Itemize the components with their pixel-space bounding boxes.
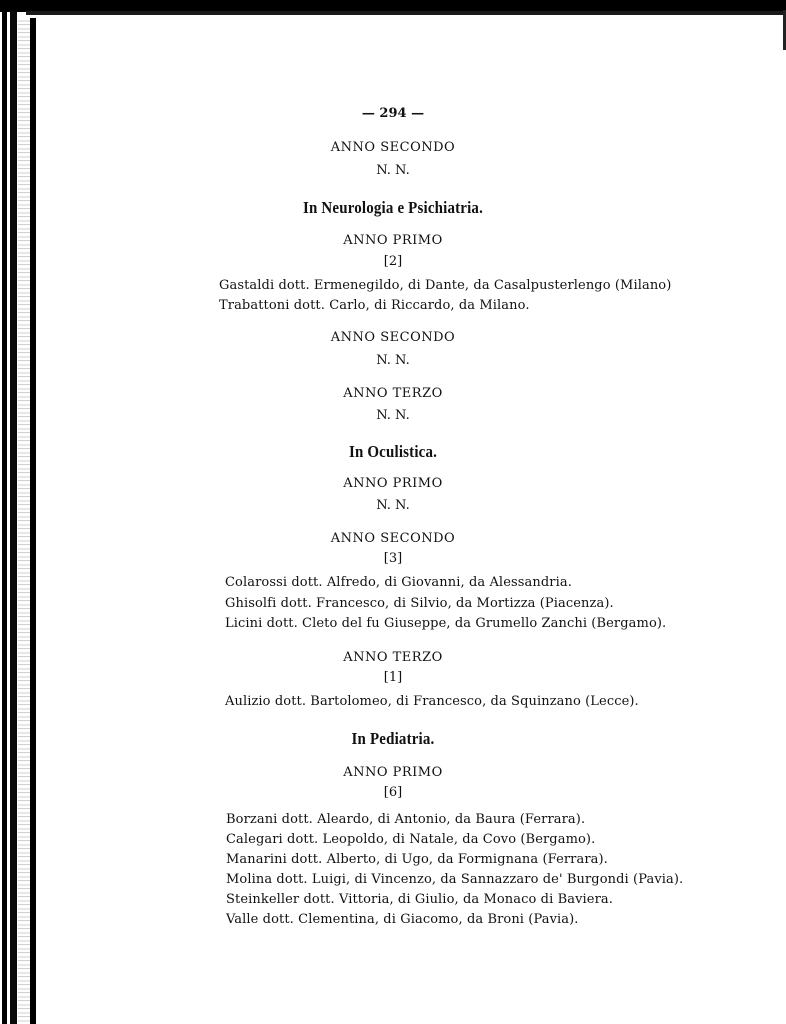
count-label: N. N. (0, 163, 786, 178)
section-title-pediatria: In Pediatria. (47, 729, 739, 749)
list-entry: Licini dott. Cleto del fu Giuseppe, da G… (225, 616, 666, 631)
list-entry: Calegari dott. Leopoldo, di Natale, da C… (226, 832, 595, 847)
list-entry: Valle dott. Clementina, di Giacomo, da B… (226, 912, 579, 927)
list-entry: Gastaldi dott. Ermenegildo, di Dante, da… (219, 278, 671, 293)
year-heading: ANNO PRIMO (0, 765, 786, 780)
list-entry: Steinkeller dott. Vittoria, di Giulio, d… (226, 892, 613, 907)
count-label: [6] (0, 785, 786, 800)
list-entry: Manarini dott. Alberto, di Ugo, da Formi… (226, 852, 608, 867)
year-heading: ANNO SECONDO (0, 140, 786, 155)
page-number: — 294 — (0, 106, 786, 121)
year-heading: ANNO TERZO (0, 650, 786, 665)
year-heading: ANNO SECONDO (0, 531, 786, 546)
count-label: [2] (0, 254, 786, 269)
count-label: N. N. (0, 408, 786, 423)
scan-top-edge (26, 11, 786, 15)
year-heading: ANNO PRIMO (0, 476, 786, 491)
count-label: N. N. (0, 498, 786, 513)
year-heading: ANNO TERZO (0, 386, 786, 401)
section-title-neurologia: In Neurologia e Psichiatria. (47, 198, 739, 218)
list-entry: Trabattoni dott. Carlo, di Riccardo, da … (219, 298, 530, 313)
section-title-oculistica: In Oculistica. (47, 442, 739, 462)
list-entry: Molina dott. Luigi, di Vincenzo, da Sann… (226, 872, 683, 887)
list-entry: Borzani dott. Aleardo, di Antonio, da Ba… (226, 812, 585, 827)
year-heading: ANNO SECONDO (0, 330, 786, 345)
count-label: N. N. (0, 353, 786, 368)
list-entry: Aulizio dott. Bartolomeo, di Francesco, … (225, 694, 639, 709)
list-entry: Ghisolfi dott. Francesco, di Silvio, da … (225, 596, 614, 611)
year-heading: ANNO PRIMO (0, 233, 786, 248)
list-entry: Colarossi dott. Alfredo, di Giovanni, da… (225, 575, 572, 590)
count-label: [1] (0, 670, 786, 685)
count-label: [3] (0, 551, 786, 566)
